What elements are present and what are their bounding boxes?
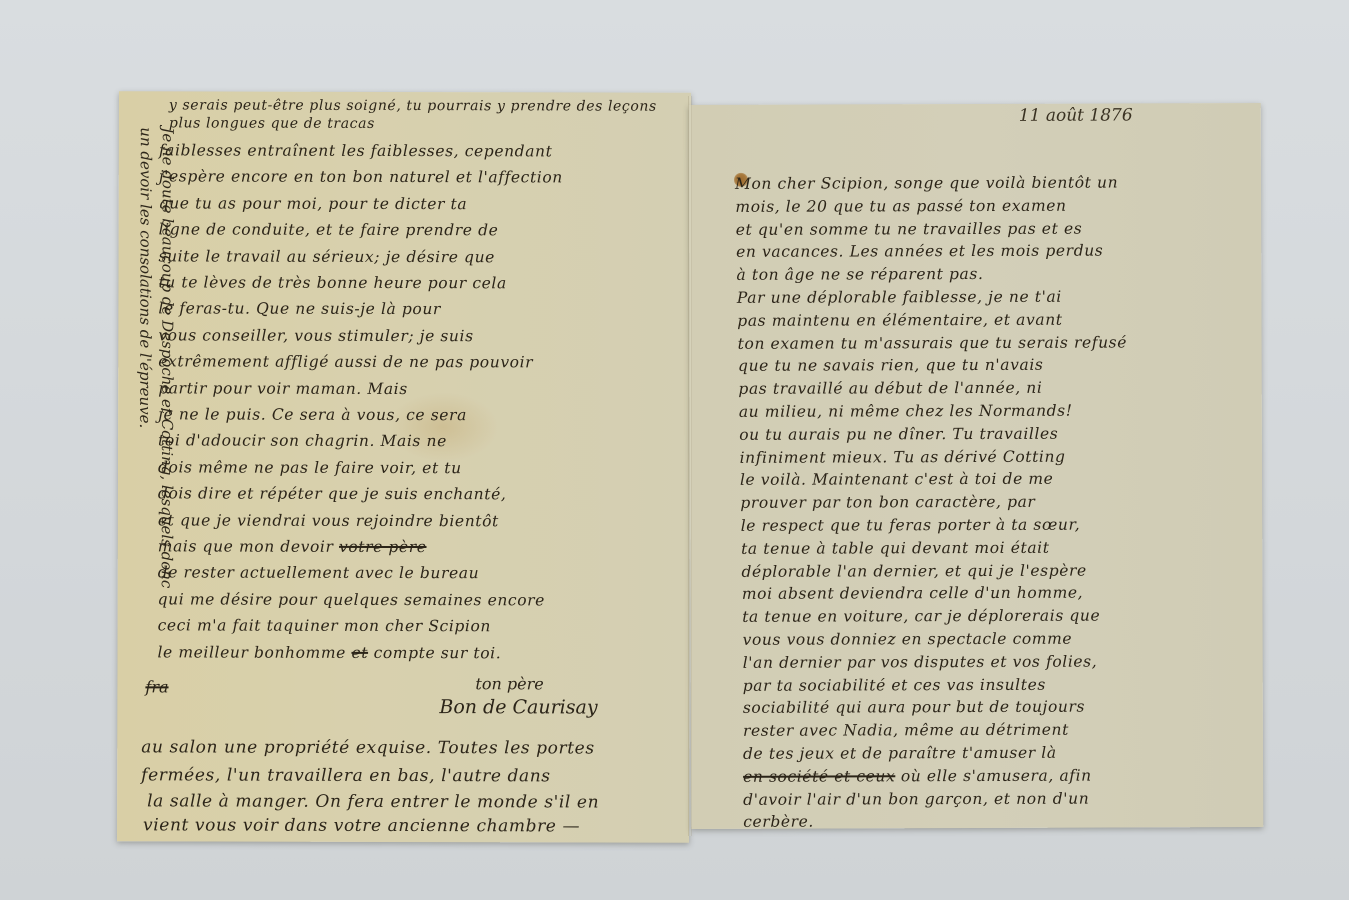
letter-date: 11 août 1876	[1019, 105, 1133, 125]
text-line: je ne le puis. Ce sera à vous, ce sera	[158, 405, 467, 424]
postscript-line: la salle à manger. On fera entrer le mon…	[147, 791, 599, 812]
text-line: toi d'adoucir son chagrin. Mais ne	[158, 432, 447, 451]
postscript-line: au salon une propriété exquise. Toutes l…	[141, 737, 594, 758]
text-line: ta tenue en voiture, car je déplorerais …	[742, 607, 1100, 626]
closing: ton père	[475, 674, 543, 693]
text-line: faiblesses entraînent les faiblesses, ce…	[159, 141, 553, 160]
text-line: de rester actuellement avec le bureau	[158, 564, 479, 583]
text-line: que tu ne savais rien, que tu n'avais	[738, 356, 1043, 375]
text-line: d'avoir l'air d'un bon garçon, et non d'…	[743, 789, 1089, 808]
text-line: dois dire et répéter que je suis enchant…	[158, 485, 507, 504]
text-line: l'an dernier par vos disputes et vos fol…	[743, 652, 1098, 671]
water-stain	[388, 392, 498, 462]
text-line: plus longues que de tracas	[169, 115, 375, 132]
text-line: déplorable l'an dernier, et qui je l'esp…	[741, 561, 1086, 580]
text-line: dois même ne pas le faire voir, et tu	[158, 458, 462, 477]
text-line: qui me désire pour quelques semaines enc…	[158, 590, 545, 609]
text-line: tu te lèves de très bonne heure pour cel…	[158, 273, 506, 292]
text-line: moi absent deviendra celle d'un homme,	[742, 584, 1083, 603]
text-line: par ta sociabilité et ces vas insultes	[743, 675, 1046, 694]
text-line: le meilleur bonhomme et compte sur toi.	[157, 643, 501, 662]
text-line: et qu'en somme tu ne travailles pas et e…	[736, 219, 1083, 238]
text-line: infiniment mieux. Tu as dérivé Cotting	[740, 447, 1066, 466]
text-line: cerbère.	[743, 813, 814, 829]
text-line: sociabilité qui aura pour but de toujour…	[743, 698, 1085, 717]
page-fold	[688, 96, 692, 836]
text-line: ou tu aurais pu ne dîner. Tu travailles	[739, 425, 1058, 444]
text-line: en vacances. Les années et les mois perd…	[736, 242, 1103, 261]
left-page: Je ne doute beaucoup de Despoche et Cott…	[117, 91, 691, 842]
text-line: ligne de conduite, et te faire prendre d…	[159, 221, 499, 240]
text-line: y serais peut-être plus soigné, tu pourr…	[169, 97, 657, 114]
text-line: de tes jeux et de paraître t'amuser là	[743, 744, 1057, 763]
text-line: j'espère encore en ton bon naturel et l'…	[159, 168, 563, 187]
text-line: extrêmement affligé aussi de ne pas pouv…	[158, 353, 533, 372]
struck-mark: fra	[145, 677, 168, 696]
text-line: que tu as pour moi, pour te dicter ta	[159, 194, 468, 213]
signature: Bon de Caurisay	[439, 696, 597, 718]
postscript-line: fermées, l'un travaillera en bas, l'autr…	[141, 765, 550, 786]
text-line: ta tenue à table qui devant moi était	[741, 539, 1050, 558]
text-line: pas maintenu en élémentaire, et avant	[737, 310, 1062, 329]
text-line: prouver par ton bon caractère, par	[740, 493, 1035, 512]
text-line: en société et ceux où elle s'amusera, af…	[743, 766, 1092, 785]
postscript-line: vient vous voir dans votre ancienne cham…	[143, 815, 580, 836]
text-line: et que je viendrai vous rejoindre bientô…	[158, 511, 499, 530]
text-line: le feras-tu. Que ne suis-je là pour	[158, 300, 441, 319]
text-line: rester avec Nadia, même au détriment	[743, 721, 1069, 740]
letter-photo: Je ne doute beaucoup de Despoche et Cott…	[0, 0, 1349, 900]
text-line: vous vous donniez en spectacle comme	[743, 630, 1073, 649]
text-line: suite le travail au sérieux; je désire q…	[159, 247, 495, 266]
margin-note-line: un devoir les consolations de l'épreuve.	[132, 127, 155, 588]
text-line: le respect que tu feras porter à ta sœur…	[741, 516, 1081, 535]
text-line: vous conseiller, vous stimuler; je suis	[158, 326, 473, 345]
text-line: pas travaillé au début de l'année, ni	[738, 379, 1042, 398]
text-line: le voilà. Maintenant c'est à toi de me	[740, 470, 1054, 489]
text-line: Mon cher Scipion, songe que voilà bientô…	[735, 174, 1118, 193]
text-line: au milieu, ni même chez les Normands!	[739, 402, 1073, 421]
text-line: partir pour voir maman. Mais	[158, 379, 408, 398]
text-line: Par une déplorable faiblesse, je ne t'ai	[737, 288, 1062, 307]
right-page: 11 août 1876 Mon cher Scipion, songe que…	[689, 103, 1264, 829]
text-line: ceci m'a fait taquiner mon cher Scipion	[158, 617, 491, 636]
text-line: mais que mon devoir votre père	[158, 537, 427, 556]
text-line: ton examen tu m'assurais que tu serais r…	[738, 333, 1127, 352]
text-line: à ton âge ne se réparent pas.	[736, 265, 983, 284]
text-line: mois, le 20 que tu as passé ton examen	[735, 196, 1066, 215]
